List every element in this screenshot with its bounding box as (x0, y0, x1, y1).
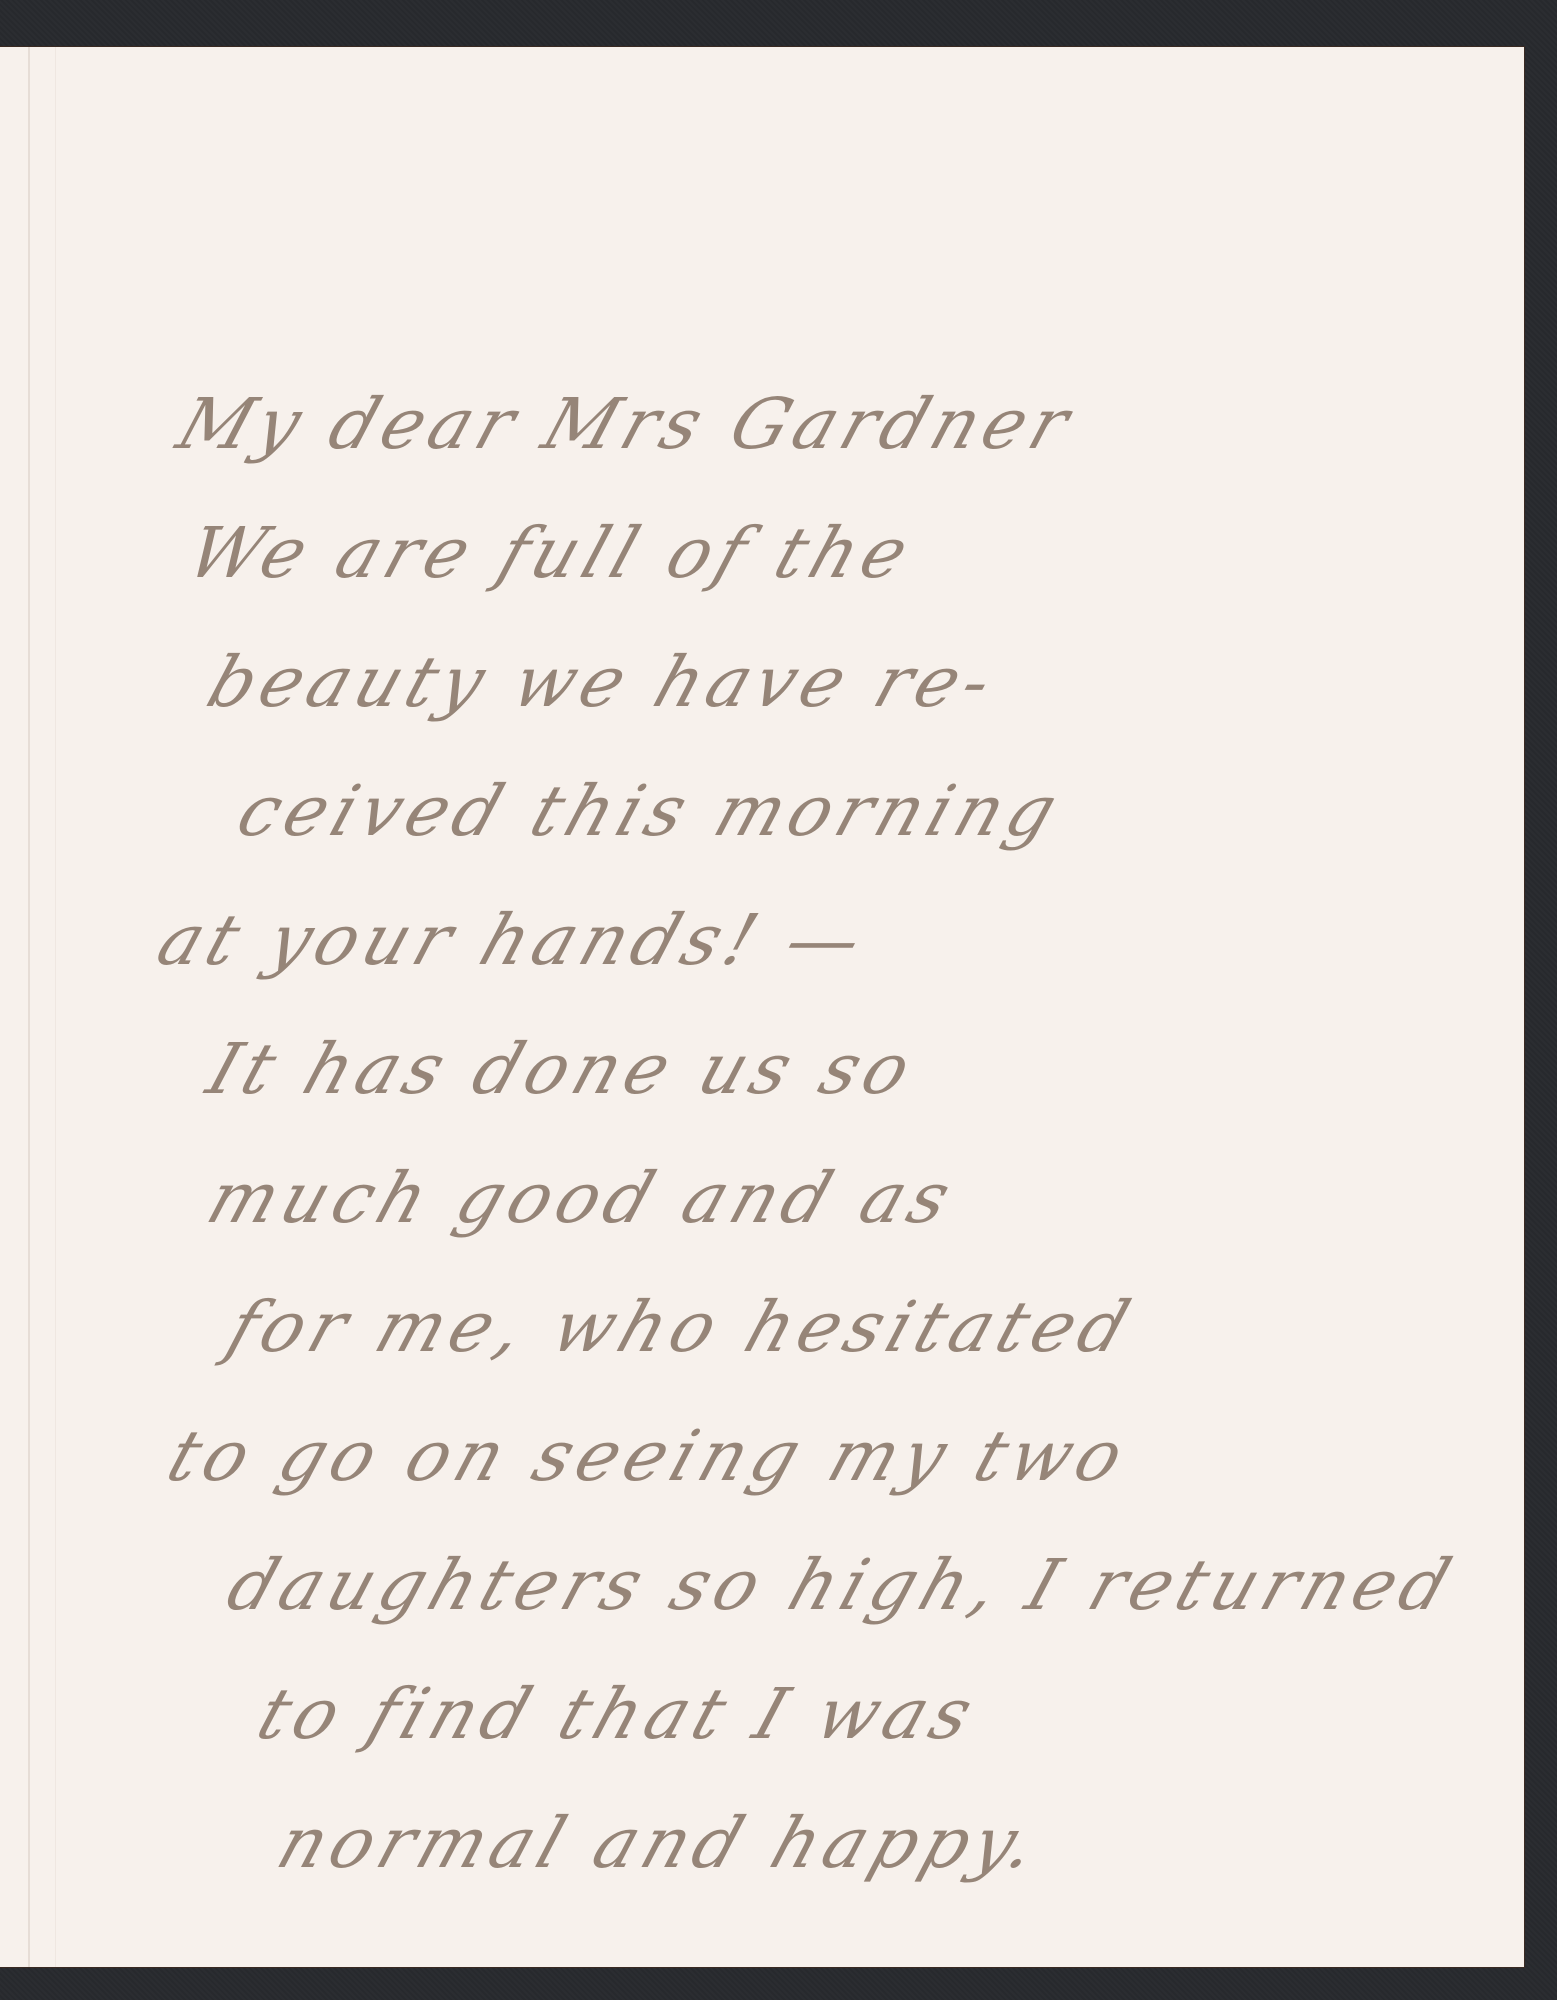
letter-line: normal and happy. (260, 1779, 1522, 1908)
page-fold-shadow (55, 47, 56, 1967)
letter-line: beauty we have re- (190, 618, 1522, 747)
letter-line: ceived this morning (220, 747, 1522, 876)
letter-line: for me, who hesitated (210, 1263, 1522, 1392)
letter-line: It has done us so (190, 1005, 1522, 1134)
letter-body: My dear Mrs Gardner We are full of the b… (150, 360, 1480, 1908)
letter-line: to go on seeing my two (150, 1392, 1522, 1521)
letter-line: We are full of the (170, 489, 1522, 618)
letter-line: much good and as (190, 1134, 1522, 1263)
page-fold (28, 47, 30, 1967)
salutation: My dear Mrs Gardner (160, 360, 1522, 489)
letter-line: to find that I was (240, 1650, 1522, 1779)
letter-line: at your hands! — (140, 876, 1522, 1005)
letter-line: daughters so high, I returned (210, 1521, 1522, 1650)
